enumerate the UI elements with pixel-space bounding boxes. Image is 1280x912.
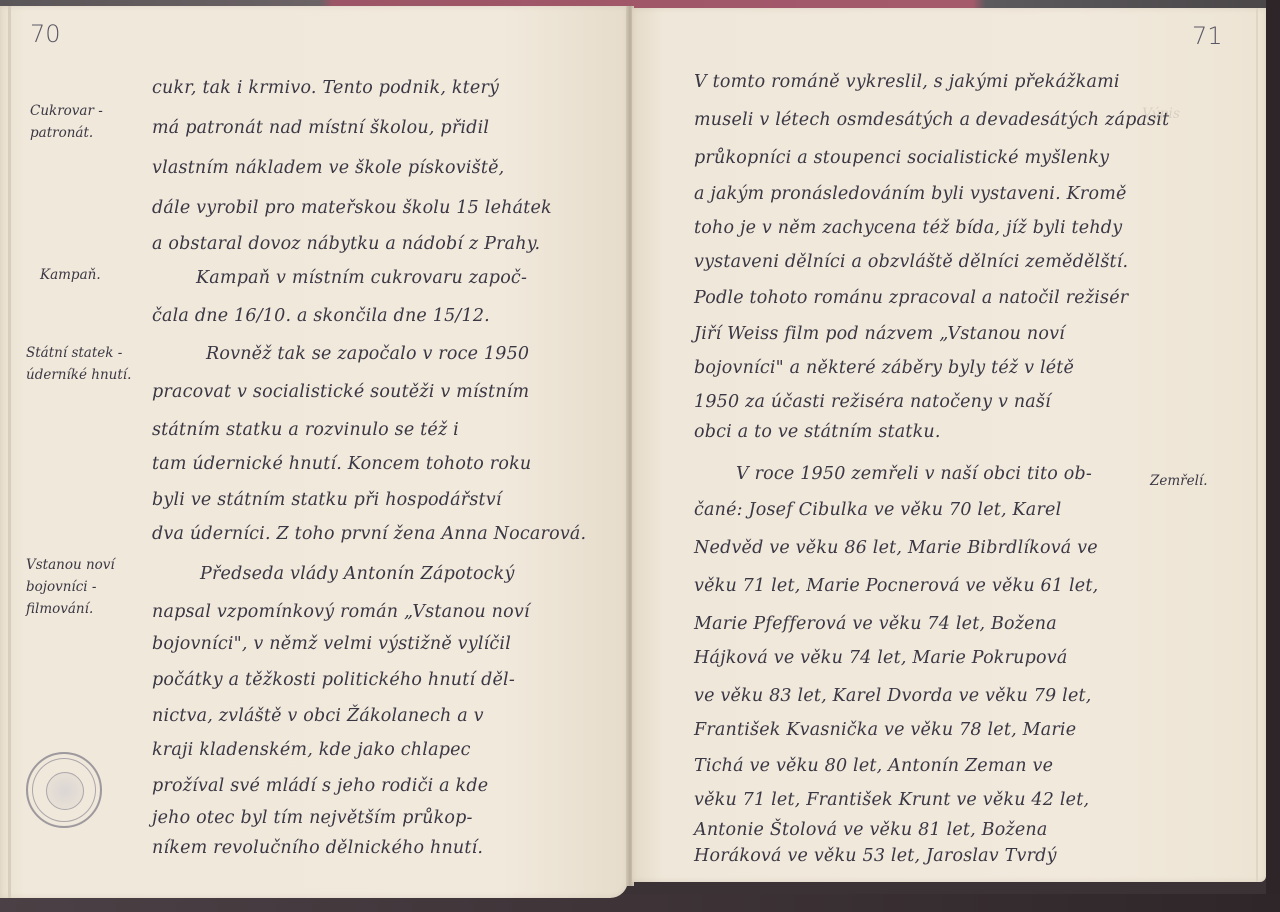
text-line: vlastním nákladem ve škole pískoviště, xyxy=(152,158,504,178)
text-line: Marie Pfefferová ve věku 74 let, Božena xyxy=(694,614,1057,634)
text-line: 1950 za účasti režiséra natočeny v naší xyxy=(694,392,1051,412)
text-line: Hájková ve věku 74 let, Marie Pokrupová xyxy=(694,648,1068,668)
margin-note-cukrovar: Cukrovar - patronát. xyxy=(30,100,130,144)
margin-note-statni-statek: Státní statek - úderníké hnutí. xyxy=(26,342,136,386)
text-line: V roce 1950 zemřeli v naší obci tito ob- xyxy=(736,464,1092,484)
left-page: 70 Cukrovar - patronát. Kampaň. Státní s… xyxy=(0,6,628,898)
text-line: Kampaň v místním cukrovaru započ- xyxy=(196,268,527,288)
margin-note-zemreli: Zemřelí. xyxy=(1150,470,1240,492)
text-line: museli v létech osmdesátých a devadesátý… xyxy=(694,110,1169,130)
text-line: věku 71 let, František Krunt ve věku 42 … xyxy=(694,790,1089,810)
text-line: Rovněž tak se započalo v roce 1950 xyxy=(206,344,529,364)
official-stamp xyxy=(26,752,102,828)
text-line: Antonie Štolová ve věku 81 let, Božena xyxy=(694,820,1048,840)
page-number: 71 xyxy=(1192,22,1223,50)
text-line: a obstaral dovoz nábytku a nádobí z Prah… xyxy=(152,234,540,254)
text-line: počátky a těžkosti politického hnutí děl… xyxy=(152,670,515,690)
text-line: vystaveni dělníci a obzvláště dělníci ze… xyxy=(694,252,1128,272)
text-line: bojovníci" a některé záběry byly též v l… xyxy=(694,358,1074,378)
text-line: dva úderníci. Z toho první žena Anna Noc… xyxy=(152,524,586,544)
book-cover-right-edge xyxy=(1266,0,1280,912)
text-line: V tomto románě vykreslil, s jakými překá… xyxy=(694,72,1120,92)
text-line: níkem revolučního dělnického hnutí. xyxy=(152,838,483,858)
text-line: Předseda vlády Antonín Zápotocký xyxy=(200,564,515,584)
text-line: a jakým pronásledováním byli vystaveni. … xyxy=(694,184,1127,204)
page-number: 70 xyxy=(30,20,61,48)
text-line: kraji kladenském, kde jako chlapec xyxy=(152,740,471,760)
text-line: věku 71 let, Marie Pocnerová ve věku 61 … xyxy=(694,576,1098,596)
text-line: jeho otec byl tím největším průkop- xyxy=(152,808,473,828)
stamp-emblem-icon xyxy=(46,772,84,810)
text-line: pracovat v socialistické soutěži v místn… xyxy=(152,382,529,402)
text-line: Jiří Weiss film pod názvem „Vstanou noví xyxy=(694,324,1065,344)
text-line: průkopníci a stoupenci socialistické myš… xyxy=(694,148,1109,168)
text-line: cukr, tak i krmivo. Tento podnik, který xyxy=(152,78,499,98)
text-line: toho je v něm zachycena též bída, jíž by… xyxy=(694,218,1122,238)
text-line: Horáková ve věku 53 let, Jaroslav Tvrdý xyxy=(694,846,1057,866)
margin-note-kampan: Kampaň. xyxy=(40,264,140,286)
margin-note-vstanou: Vstanou noví bojovníci - filmování. xyxy=(26,554,136,620)
text-line: prožíval své mládí s jeho rodiči a kde xyxy=(152,776,488,796)
text-line: tam údernické hnutí. Koncem tohoto roku xyxy=(152,454,531,474)
text-line: státním statku a rozvinulo se též i xyxy=(152,420,459,440)
text-line: obci a to ve státním statku. xyxy=(694,422,941,442)
text-line: byli ve státním statku při hospodářství xyxy=(152,490,502,510)
right-page: 71 Výpis Zemřelí. V tomto románě vykresl… xyxy=(632,8,1266,882)
text-line: Tichá ve věku 80 let, Antonín Zeman ve xyxy=(694,756,1053,776)
text-line: Nedvěd ve věku 86 let, Marie Bibrdlíková… xyxy=(694,538,1098,558)
text-line: bojovníci", v němž velmi výstižně vylíči… xyxy=(152,634,511,654)
text-line: čané: Josef Cibulka ve věku 70 let, Kare… xyxy=(694,500,1061,520)
text-line: čala dne 16/10. a skončila dne 15/12. xyxy=(152,306,490,326)
text-line: dále vyrobil pro mateřskou školu 15 lehá… xyxy=(152,198,552,218)
text-line: František Kvasnička ve věku 78 let, Mari… xyxy=(694,720,1076,740)
text-line: má patronát nad místní školou, přidil xyxy=(152,118,489,138)
text-line: Podle tohoto románu zpracoval a natočil … xyxy=(694,288,1128,308)
text-line: ve věku 83 let, Karel Dvorda ve věku 79 … xyxy=(694,686,1092,706)
text-line: nictva, zvláště v obci Žákolanech a v xyxy=(152,706,484,726)
text-line: napsal vzpomínkový román „Vstanou noví xyxy=(152,602,530,622)
